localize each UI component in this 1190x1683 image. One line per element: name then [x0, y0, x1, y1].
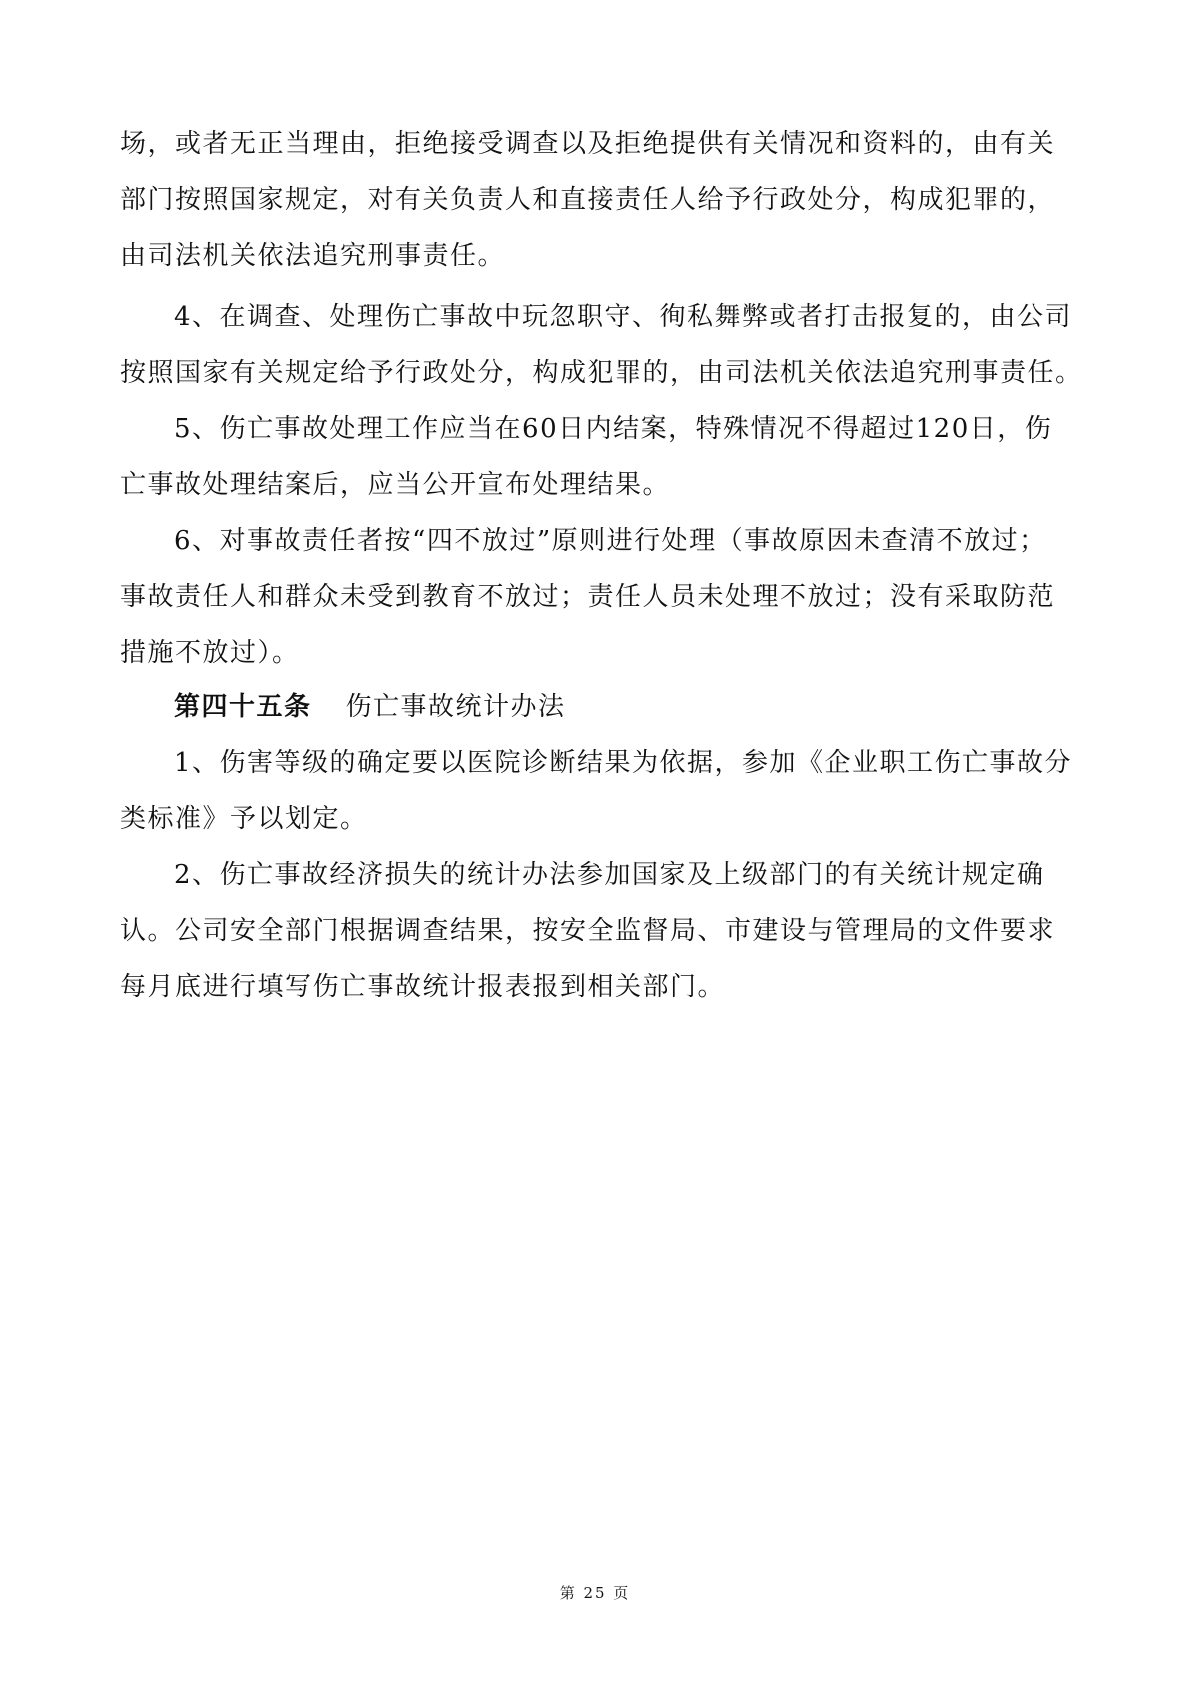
- article-title: 伤亡事故统计办法: [346, 692, 566, 722]
- document-page: 场，或者无正当理由，拒绝接受调查以及拒绝提供有关情况和资料的，由有关部门按照国家…: [0, 0, 1190, 1683]
- text-line: 按照国家有关规定给予行政处分，构成犯罪的，由司法机关依法追究刑事责任。: [120, 356, 1080, 390]
- text-line: 认。公司安全部门根据调查结果，按安全监督局、市建设与管理局的文件要求: [120, 914, 1080, 948]
- page-number: 第 25 页: [0, 1582, 1190, 1603]
- article-heading: 第四十五条伤亡事故统计办法: [174, 690, 1134, 724]
- text-line: 每月底进行填写伤亡事故统计报表报到相关部门。: [120, 970, 1080, 1004]
- article-number: 第四十五条: [174, 692, 312, 722]
- text-line: 6、对事故责任者按“四不放过”原则进行处理（事故原因未查清不放过；: [174, 524, 1134, 558]
- text-line: 5、伤亡事故处理工作应当在60日内结案，特殊情况不得超过120日，伤: [174, 412, 1134, 446]
- text-line: 类标准》予以划定。: [120, 802, 1080, 836]
- text-line: 措施不放过）。: [120, 636, 1080, 670]
- text-line: 场，或者无正当理由，拒绝接受调查以及拒绝提供有关情况和资料的，由有关: [120, 127, 1080, 161]
- text-line: 部门按照国家规定，对有关负责人和直接责任人给予行政处分，构成犯罪的，: [120, 183, 1080, 217]
- text-line: 4、在调查、处理伤亡事故中玩忽职守、徇私舞弊或者打击报复的，由公司: [174, 300, 1134, 334]
- text-line: 由司法机关依法追究刑事责任。: [120, 239, 1080, 273]
- text-line: 事故责任人和群众未受到教育不放过；责任人员未处理不放过；没有采取防范: [120, 580, 1080, 614]
- text-line: 1、伤害等级的确定要以医院诊断结果为依据，参加《企业职工伤亡事故分: [174, 746, 1134, 780]
- text-line: 亡事故处理结案后，应当公开宣布处理结果。: [120, 468, 1080, 502]
- text-line: 2、伤亡事故经济损失的统计办法参加国家及上级部门的有关统计规定确: [174, 858, 1134, 892]
